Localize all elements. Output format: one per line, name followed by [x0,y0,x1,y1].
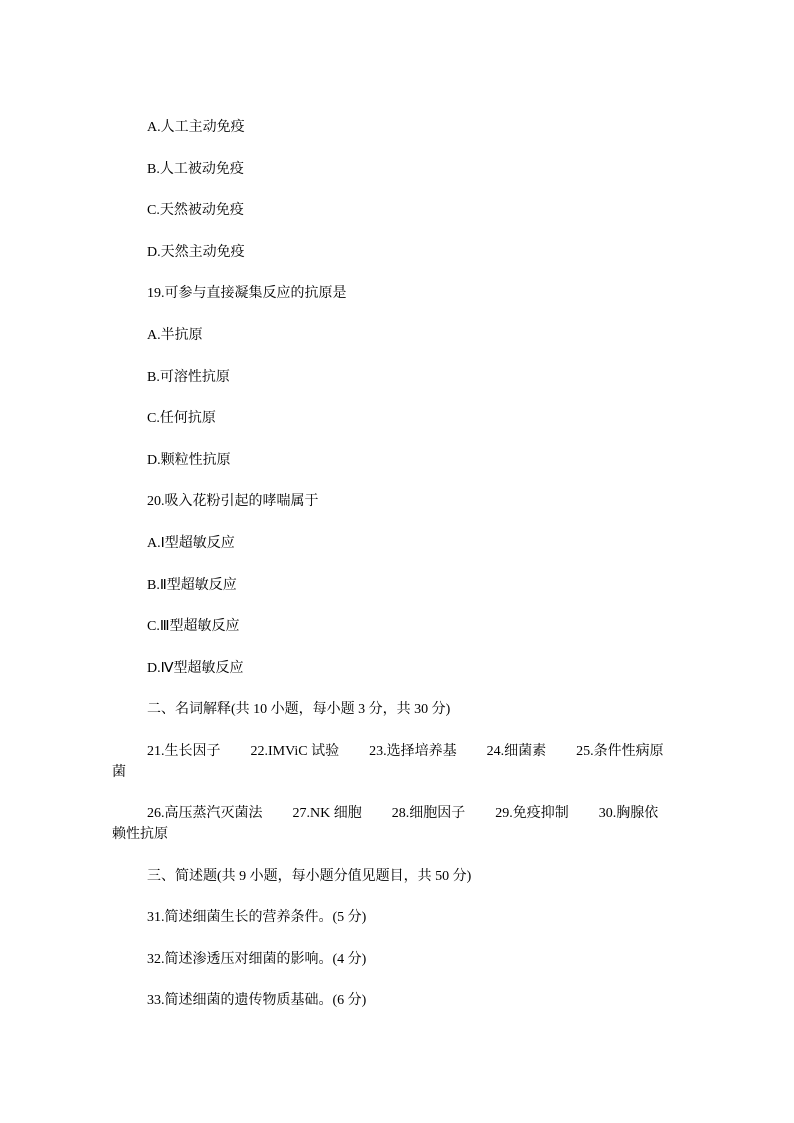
q18-option-d: D.天然主动免疫 [112,243,670,264]
document-page: A.人工主动免疫 B.人工被动免疫 C.天然被动免疫 D.天然主动免疫 19.可… [0,0,794,1123]
term-21: 21.生长因子 [147,744,221,759]
q18-option-b: B.人工被动免疫 [112,160,670,181]
section-two-heading: 二、名词解释(共 10 小题，每小题 3 分，共 30 分) [112,700,670,721]
term-25-part: 25.条件性病原 [576,744,664,759]
q18-option-c: C.天然被动免疫 [112,201,670,222]
q20-stem: 20.吸入花粉引起的哮喘属于 [112,492,670,513]
q20-option-d: D.Ⅳ型超敏反应 [112,659,670,680]
term-27: 27.NK 细胞 [293,806,362,821]
term-29: 29.免疫抑制 [495,806,569,821]
q20-option-a: A.Ⅰ型超敏反应 [112,534,670,555]
q19-option-b: B.可溶性抗原 [112,368,670,389]
terms-21-25-line1: 21.生长因子22.IMViC 试验23.选择培养基24.细菌素25.条件性病原 [112,742,670,763]
section-three-heading: 三、简述题(共 9 小题，每小题分值见题目，共 50 分) [112,867,670,888]
q19-option-d: D.颗粒性抗原 [112,451,670,472]
term-24: 24.细菌素 [487,744,547,759]
q18-option-a: A.人工主动免疫 [112,118,670,139]
q19-option-a: A.半抗原 [112,326,670,347]
term-23: 23.选择培养基 [369,744,457,759]
term-30-carry: 赖性抗原 [112,825,670,846]
term-26: 26.高压蒸汽灭菌法 [147,806,263,821]
q31: 31.简述细菌生长的营养条件。(5 分) [112,908,670,929]
q33: 33.简述细菌的遗传物质基础。(6 分) [112,991,670,1012]
terms-26-30-line1: 26.高压蒸汽灭菌法27.NK 细胞28.细胞因子29.免疫抑制30.胸腺依 [112,804,670,825]
q19-option-c: C.任何抗原 [112,409,670,430]
term-28: 28.细胞因子 [392,806,466,821]
q32: 32.简述渗透压对细菌的影响。(4 分) [112,950,670,971]
terms-26-30: 26.高压蒸汽灭菌法27.NK 细胞28.细胞因子29.免疫抑制30.胸腺依 赖… [112,804,670,846]
q20-option-c: C.Ⅲ型超敏反应 [112,617,670,638]
terms-21-25: 21.生长因子22.IMViC 试验23.选择培养基24.细菌素25.条件性病原… [112,742,670,784]
q19-stem: 19.可参与直接凝集反应的抗原是 [112,284,670,305]
term-22: 22.IMViC 试验 [251,744,340,759]
q20-option-b: B.Ⅱ型超敏反应 [112,576,670,597]
term-25-carry: 菌 [112,763,670,784]
term-30-part: 30.胸腺依 [599,806,659,821]
